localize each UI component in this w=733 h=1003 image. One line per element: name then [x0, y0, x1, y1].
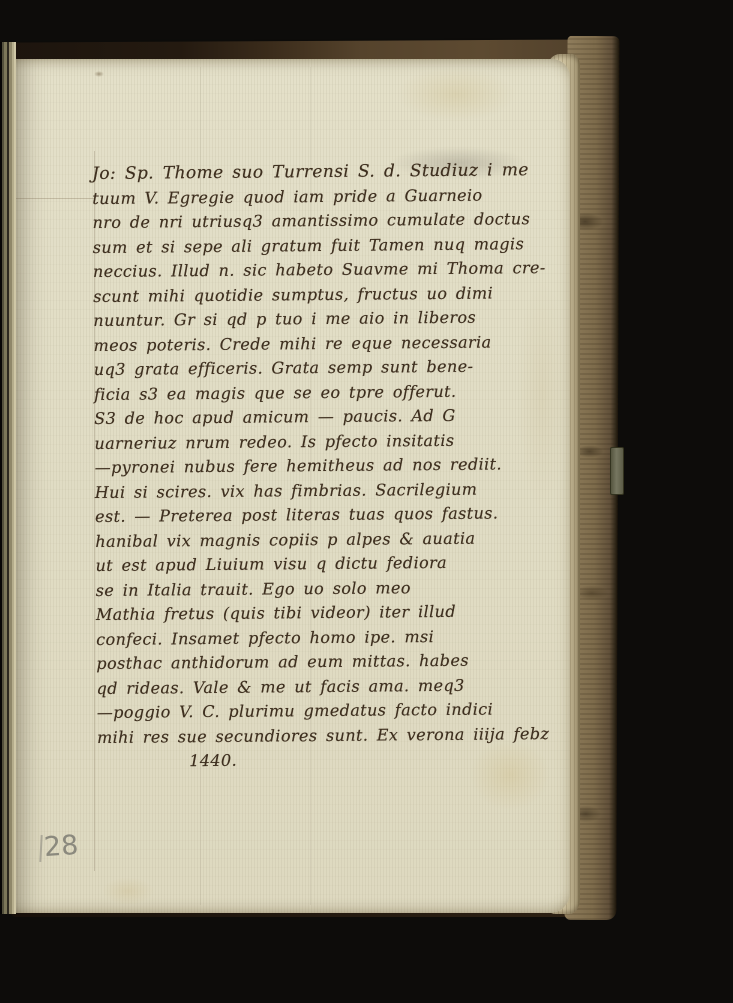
manuscript-line: meos poteris. Crede mihi re eque necessa… — [93, 329, 559, 358]
paper-stain — [102, 877, 154, 905]
manuscript-photo: Jo: Sp. Thome suo Turrensi S. d. Studiuz… — [0, 0, 733, 1003]
ink-speck — [94, 71, 104, 77]
pencil-tick — [39, 835, 42, 862]
manuscript-line: est. — Preterea post literas tuas quos f… — [95, 501, 561, 530]
manuscript-line: —poggio V. C. plurimu gmedatus facto ind… — [97, 697, 563, 726]
manuscript-page: Jo: Sp. Thome suo Turrensi S. d. Studiuz… — [14, 59, 570, 913]
date-line: 1440. — [189, 746, 563, 774]
manuscript-line: nro de nri utriusq3 amantissimo cumulate… — [92, 207, 558, 236]
paper-stain — [396, 67, 516, 122]
spine-gutter-strips — [0, 42, 16, 914]
manuscript-line: scunt mihi quotidie sumptus, fructus uo … — [93, 280, 559, 309]
metal-clasp — [610, 447, 624, 495]
handwritten-text-block: Jo: Sp. Thome suo Turrensi S. d. Studiuz… — [92, 158, 563, 775]
manuscript-line: neccius. Illud n. sic habeto Suavme mi T… — [93, 256, 559, 285]
manuscript-line: Jo: Sp. Thome suo Turrensi S. d. Studiuz… — [92, 158, 558, 187]
manuscript-line: mihi res sue secundiores sunt. Ex verona… — [97, 721, 563, 750]
folio-number-pencil: 28 — [43, 830, 79, 863]
manuscript-line: —pyronei nubus fere hemitheus ad nos red… — [95, 452, 561, 481]
ruling-line — [16, 198, 95, 199]
